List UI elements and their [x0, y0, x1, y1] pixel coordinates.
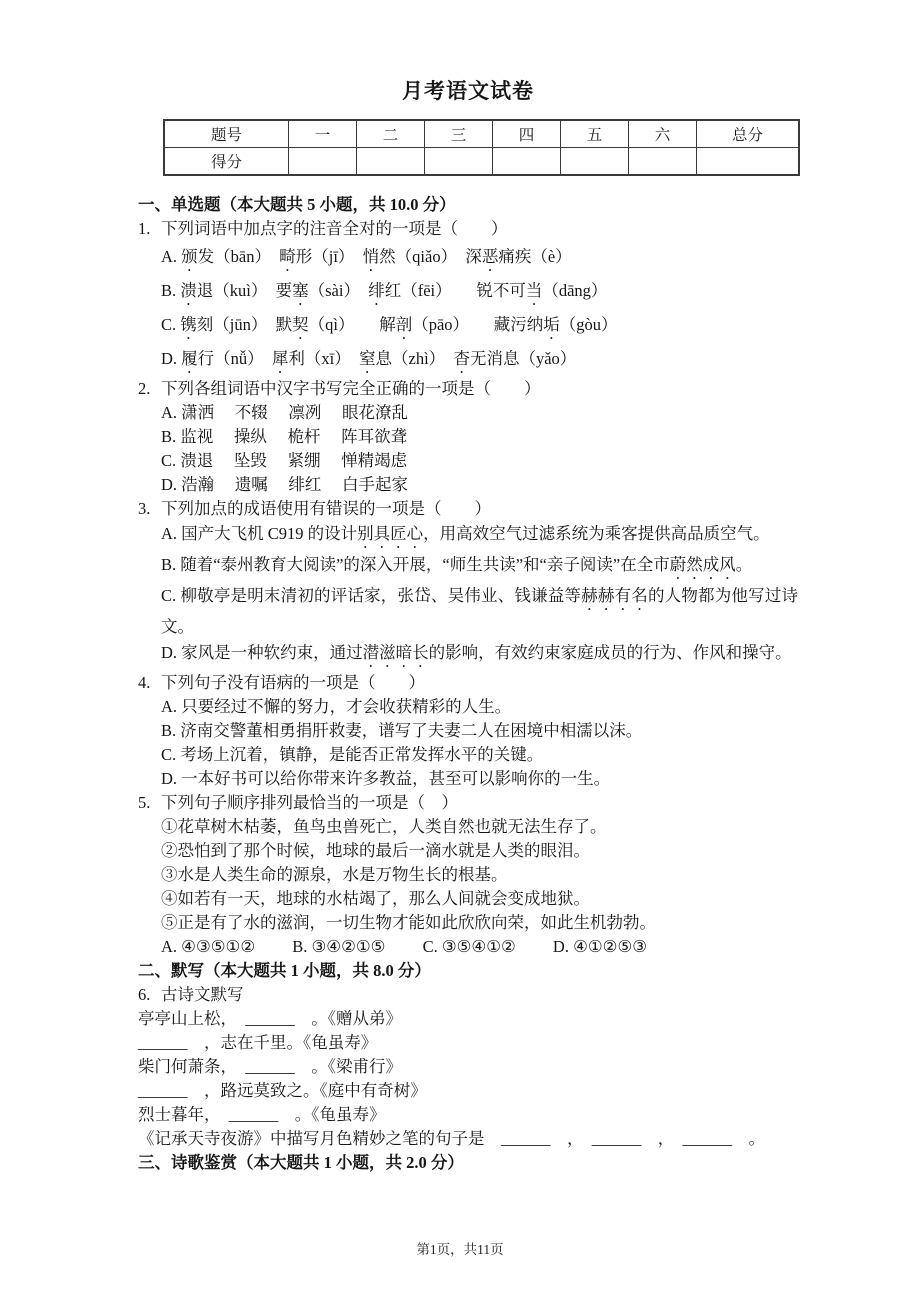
question-number: 2.: [138, 377, 161, 401]
question-number: 5.: [138, 791, 161, 815]
score-table-header-cell: 三: [425, 120, 493, 148]
score-empty-cell: [289, 148, 357, 176]
score-empty-cell: [425, 148, 493, 176]
question-number: 6.: [138, 983, 161, 1007]
q2-option-c: C. 溃退 坠毁 紧绷 惮精竭虑: [161, 449, 798, 473]
q1-option-a: A. 颁发（bān） 畸形（jī） 悄然（qiǎo） 深恶痛疾（è）: [161, 241, 798, 275]
q1-option-c: C. 镌刻（jūn） 默契（qì） 解剖（pāo） 藏污纳垢（gòu）: [161, 309, 798, 343]
q6-blank-line-2: ______ ，志在千里。《龟虽寿》: [138, 1031, 798, 1055]
q2-option-a: A. 潇洒 不辍 凛冽 眼花潦乱: [161, 401, 798, 425]
question-text: 下列各组词语中汉字书写完全正确的一项是（ ）: [161, 377, 798, 401]
score-table-header-cell: 四: [493, 120, 561, 148]
q5-sentence-5: ⑤正是有了水的滋润，一切生物才能如此欣欣向荣，如此生机勃勃。: [161, 911, 798, 935]
q6-blank-line-5: 烈士暮年， ______ 。《龟虽寿》: [138, 1103, 798, 1127]
score-label-cell: 得分: [164, 148, 289, 176]
q2-option-b: B. 监视 操纵 桅杆 阵耳欲聋: [161, 425, 798, 449]
question-number: 1.: [138, 217, 161, 241]
exam-page: 月考语文试卷 题号 一 二 三 四 五 六 总分 得分: [0, 0, 920, 1175]
q3-option-d: D. 家风是一种软约束，通过潜滋暗长的影响，有效约束家庭成员的行为、作风和操守。: [161, 640, 798, 671]
q5-sentence-3: ③水是人类生命的源泉，水是万物生长的根基。: [161, 863, 798, 887]
section-heading-1: 一、单选题（本大题共 5 小题，共 10.0 分）: [138, 193, 798, 217]
score-table: 题号 一 二 三 四 五 六 总分 得分: [163, 119, 800, 176]
question-6: 6. 古诗文默写: [138, 983, 798, 1007]
section-heading-2: 二、默写（本大题共 1 小题，共 8.0 分）: [138, 959, 798, 983]
question-4: 4. 下列句子没有语病的一项是（ ）: [138, 671, 798, 695]
q5-answer-choices: A. ④③⑤①② B. ③④②①⑤ C. ③⑤④①② D. ④①②⑤③: [161, 935, 798, 959]
score-empty-cell: [357, 148, 425, 176]
q3-option-c: C. 柳敬亭是明末清初的评话家，张岱、吴伟业、钱谦益等赫赫有名的人物都为他写过诗…: [161, 583, 798, 640]
question-text: 下列加点的成语使用有错误的一项是（ ）: [161, 497, 798, 521]
question-number: 4.: [138, 671, 161, 695]
score-table-header-cell: 五: [561, 120, 629, 148]
question-2: 2. 下列各组词语中汉字书写完全正确的一项是（ ）: [138, 377, 798, 401]
score-table-header-cell: 题号: [164, 120, 289, 148]
question-1: 1. 下列词语中加点字的注音全对的一项是（ ）: [138, 217, 798, 241]
q6-blank-line-1: 亭亭山上松， ______ 。《赠从弟》: [138, 1007, 798, 1031]
score-table-score-row: 得分: [164, 148, 799, 176]
q2-option-d: D. 浩瀚 遗嘱 绯红 白手起家: [161, 473, 798, 497]
score-table-header-cell: 二: [357, 120, 425, 148]
score-empty-cell: [493, 148, 561, 176]
q4-option-d: D. 一本好书可以给你带来许多教益，甚至可以影响你的一生。: [161, 767, 798, 791]
q1-option-d: D. 履行（nǚ） 犀利（xī） 窒息（zhì） 杳无消息（yǎo）: [161, 343, 798, 377]
score-empty-cell: [697, 148, 800, 176]
page-footer: 第1页，共11页: [0, 1241, 920, 1259]
page-title: 月考语文试卷: [138, 76, 798, 106]
score-table-header-row: 题号 一 二 三 四 五 六 总分: [164, 120, 799, 148]
score-table-header-cell: 总分: [697, 120, 800, 148]
question-number: 3.: [138, 497, 161, 521]
q4-option-b: B. 济南交警董相勇捐肝救妻，谱写了夫妻二人在困境中相濡以沫。: [161, 719, 798, 743]
question-text: 下列句子没有语病的一项是（ ）: [161, 671, 798, 695]
question-text: 古诗文默写: [161, 983, 798, 1007]
q5-sentence-4: ④如若有一天，地球的水枯竭了，那么人间就会变成地狱。: [161, 887, 798, 911]
q4-option-a: A. 只要经过不懈的努力，才会收获精彩的人生。: [161, 695, 798, 719]
q1-option-b: B. 溃退（kuì） 要塞（sài） 绯红（fēi） 锐不可当（dāng）: [161, 275, 798, 309]
score-table-header-cell: 一: [289, 120, 357, 148]
question-text: 下列词语中加点字的注音全对的一项是（ ）: [161, 217, 798, 241]
score-table-header-cell: 六: [629, 120, 697, 148]
q6-blank-line-3: 柴门何萧条， ______ 。《梁甫行》: [138, 1055, 798, 1079]
score-empty-cell: [629, 148, 697, 176]
q6-blank-line-4: ______ ，路远莫致之。《庭中有奇树》: [138, 1079, 798, 1103]
score-empty-cell: [561, 148, 629, 176]
q3-option-b: B. 随着“泰州教育大阅读”的深入开展，“师生共读”和“亲子阅读”在全市蔚然成风…: [161, 552, 798, 583]
q5-sentence-1: ①花草树木枯萎，鱼鸟虫兽死亡，人类自然也就无法生存了。: [161, 815, 798, 839]
q6-blank-line-6: 《记承天寺夜游》中描写月色精妙之笔的句子是 ______ ， ______ ， …: [138, 1127, 798, 1151]
question-text: 下列句子顺序排列最恰当的一项是（ ）: [161, 791, 798, 815]
section-heading-3: 三、诗歌鉴赏（本大题共 1 小题，共 2.0 分）: [138, 1151, 798, 1175]
question-3: 3. 下列加点的成语使用有错误的一项是（ ）: [138, 497, 798, 521]
q5-sentence-2: ②恐怕到了那个时候，地球的最后一滴水就是人类的眼泪。: [161, 839, 798, 863]
question-5: 5. 下列句子顺序排列最恰当的一项是（ ）: [138, 791, 798, 815]
q4-option-c: C. 考场上沉着，镇静，是能否正常发挥水平的关键。: [161, 743, 798, 767]
q3-option-a: A. 国产大飞机 C919 的设计别具匠心，用高效空气过滤系统为乘客提供高品质空…: [161, 521, 798, 552]
